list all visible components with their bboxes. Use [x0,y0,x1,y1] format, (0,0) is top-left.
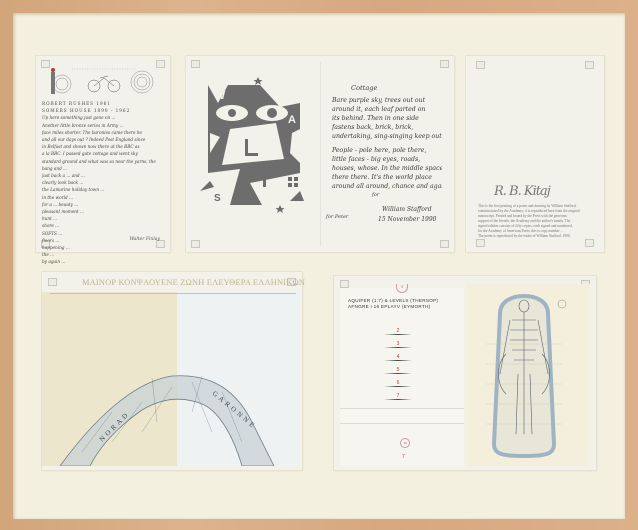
levels-heading: AQUIFER (1:7) & LEVELS (THERSOP) AFNGRE … [348,298,438,310]
poem-line: around it, each leaf parted on [332,105,442,114]
letter-signature: Walter Finlay [129,237,160,242]
letter-line: Up here something just gone on ... [42,114,164,121]
letter-line: in the world ... [42,194,164,201]
letter-line: by again ... [42,258,164,265]
marker-bottom: 10 [400,438,410,448]
panel-levels-figure: 1 10 7 AQUIFER (1:7) & LEVELS (THERSOP) … [334,276,596,470]
corner-mount [191,240,200,248]
letter-line: pleasant moment ... [42,208,164,215]
letter-line: bang and ... [42,165,164,172]
corner-mount [585,239,594,247]
map-title: ΜΑΙΝΟΡ ΚΟΝΨΑΟΥΕΝΕ ΖΩΝΗ ΕΛΕΥΘΕΡΑ ΕΛΛΗΝΙΚΩ… [82,278,305,287]
poem-line: there there. It's the world place [332,173,442,182]
poem-signature: William Stafford [382,206,432,213]
letter-line: for a ... beauty ... [42,201,164,208]
level-7: 7 [378,393,418,399]
letter-line: and all our days out ? Indeed Post Engla… [42,136,164,143]
levels-sheet: 1 10 7 [340,288,464,466]
poem-line: around all around, chance and again. [332,182,442,191]
colophon-line: The poem is reproduced by the estate of … [478,234,592,239]
marker-top: 1 [396,284,408,293]
poem-line: houses, whose. In the middle space [332,164,442,173]
letter-line: clearly look back ... [42,179,164,186]
river-arch-icon: NORAD GARONNE [42,292,300,466]
letter-line: the Lamarine holiday town ... [42,186,164,193]
letter-line: shore ... [42,222,164,229]
letter-line: happening ... [42,244,164,251]
poem-line: little faces - big eyes, roads, [332,155,442,164]
corner-mount [585,61,594,69]
level-2: 2 [378,328,418,334]
panel-woodcut-poem: W A R S Cottage Bare purple sky, trees o… [186,56,454,252]
letter-line: standard ground and what was so near the… [42,158,164,165]
letter-line: Another little bronze series in Army ... [42,122,164,129]
letter-line: in Belfast and shown now there at the BB… [42,143,164,150]
corner-mount [440,240,449,248]
ruled-band [340,408,464,424]
dedication: for Peter [326,214,348,220]
panel-letter: ROBERT RUSHES 1961 SOMERS HOUSE 1890 - 1… [36,56,170,252]
level-bottom: 7 [402,454,405,460]
corner-mount [476,239,485,247]
letter-heading: SOMERS HOUSE 1890 - 1962 [42,107,164,114]
figure-sheet [466,284,590,466]
letter-line: face miles shorter. The baronies came th… [42,129,164,136]
letter-heading: ROBERT RUSHES 1961 [42,100,164,107]
poem-line: its behind. Then in one side [332,114,442,123]
level-6: 6 [378,380,418,386]
heading-line: AFNGRE I 16 EPLAYV (EYMORTH) [348,304,438,310]
panel-greek-map: ΜΑΙΝΟΡ ΚΟΝΨΑΟΥΕΝΕ ΖΩΝΗ ΕΛΕΥΘΕΡΑ ΕΛΛΗΝΙΚΩ… [42,272,302,470]
level-5: 5 [378,367,418,373]
svg-text:A: A [288,114,296,126]
svg-text:R: R [284,96,290,105]
letter-line: the ... [42,251,164,258]
poem-line: Bare purple sky, trees out out [332,96,442,105]
letter-line: a la BBC. I passed gate cottage and went… [42,150,164,157]
poem-line: People - pole here, pole there, [332,146,442,155]
colophon-text: This is the first printing of a poem and… [478,204,592,239]
panel-colophon: R. B. Kitaj This is the first printing o… [466,56,604,252]
motorcycle-engraving-icon [42,66,164,96]
poem-text: Bare purple sky, trees out out around it… [332,96,442,200]
poem-title: Cottage [351,84,377,92]
colophon-signature: R. B. Kitaj [494,184,550,199]
corner-mount [340,280,349,288]
level-3: 3 [378,341,418,347]
svg-text:W: W [214,88,226,102]
anatomical-figure-icon [466,284,590,466]
letter-line: just back a ... and ... [42,172,164,179]
svg-text:S: S [214,193,221,204]
corner-mount [48,278,57,286]
poem-line: undertaking, sing-singing keep out. [332,132,442,141]
poem-line: fastens back, brick, brick, [332,123,442,132]
corner-mount [476,61,485,69]
woodcut-face-icon: W A R S [200,73,308,218]
level-4: 4 [378,354,418,360]
corner-mount [440,60,449,68]
poem-date: 15 November 1990 [378,216,436,223]
corner-mount [191,60,200,68]
letter-line: hunt ... [42,215,164,222]
page-divider [320,62,321,246]
letter-line: SOFTS ... [42,230,164,237]
poem-line: for [332,191,442,200]
